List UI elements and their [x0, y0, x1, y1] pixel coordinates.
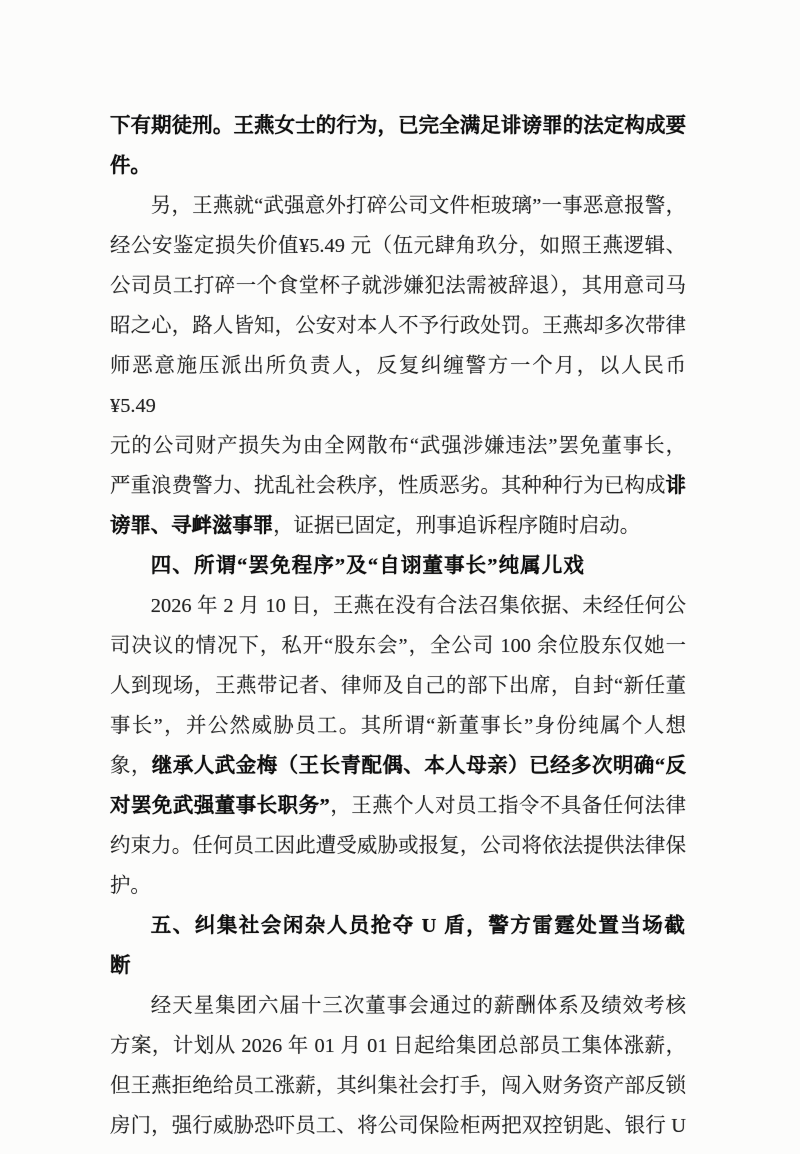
text-line: 房门，强行威胁恐吓员工、将公司保险柜两把双控钥匙、银行 U: [110, 1106, 686, 1146]
text-line: 事长”，并公然威胁员工。其所谓“新董事长”身份纯属个人想: [110, 706, 686, 746]
text-line: 护。: [110, 866, 686, 906]
text-line: 约束力。任何员工因此遭受威胁或报复，公司将依法提供法律保: [110, 826, 686, 866]
bold-text-segment: 件。: [110, 155, 151, 177]
bold-text-segment: 五、纠集社会闲杂人员抢夺 U 盾，警方雷霆处置当场截断: [110, 915, 686, 977]
text-line: 2026 年 2 月 10 日，王燕在没有合法召集依据、未经任何公: [110, 586, 686, 626]
text-line: 公司员工打碎一个食堂杯子就涉嫌犯法需被辞退），其用意司马: [110, 266, 686, 306]
text-line: 件。: [110, 146, 686, 186]
section-heading-line: 四、所谓“罢免程序”及“自诩董事长”纯属儿戏: [110, 546, 686, 586]
text-segment: 但王燕拒绝给员工涨薪，其纠集社会打手，闯入财务资产部反锁: [110, 1075, 686, 1097]
bold-text-segment: 下有期徒刑。王燕女士的行为，已完全满足诽谤罪的法定构成要: [110, 115, 686, 137]
text-segment: ，王燕个人对员工指令不具备任何法律: [330, 795, 686, 817]
text-line: 经天星集团六届十三次董事会通过的薪酬体系及绩效考核: [110, 986, 686, 1026]
text-segment: 护。: [110, 875, 151, 897]
text-line: 对罢免武强董事长职务”，王燕个人对员工指令不具备任何法律: [110, 786, 686, 826]
text-line: 经公安鉴定损失价值¥5.49 元（伍元肆角玖分，如照王燕逻辑、: [110, 226, 686, 266]
text-segment: 方案，计划从 2026 年 01 月 01 日起给集团总部员工集体涨薪，: [110, 1035, 686, 1057]
text-segment: 公司员工打碎一个食堂杯子就涉嫌犯法需被辞退），其用意司马: [110, 275, 686, 297]
bold-text-segment: 继承人武金梅（王长青配偶、本人母亲）已经多次明确“反: [152, 755, 686, 777]
text-segment: ，证据已固定，刑事追诉程序随时启动。: [273, 515, 640, 537]
text-segment: 昭之心，路人皆知，公安对本人不予行政处罚。王燕却多次带律: [110, 315, 686, 337]
text-segment: 房门，强行威胁恐吓员工、将公司保险柜两把双控钥匙、银行 U: [110, 1115, 686, 1137]
text-line: 但王燕拒绝给员工涨薪，其纠集社会打手，闯入财务资产部反锁: [110, 1066, 686, 1106]
text-segment: 约束力。任何员工因此遭受威胁或报复，公司将依法提供法律保: [110, 835, 686, 857]
bold-text-segment: 对罢免武强董事长职务”: [110, 795, 330, 817]
text-segment: 象，: [110, 755, 152, 777]
text-line: 方案，计划从 2026 年 01 月 01 日起给集团总部员工集体涨薪，: [110, 1026, 686, 1066]
text-segment: 司决议的情况下，私开“股东会”，全公司 100 余位股东仅她一: [110, 635, 686, 657]
text-line: 象，继承人武金梅（王长青配偶、本人母亲）已经多次明确“反: [110, 746, 686, 786]
text-line: 元的公司财产损失为由全网散布“武强涉嫌违法”罢免董事长，: [110, 426, 686, 466]
text-segment: 事长”，并公然威胁员工。其所谓“新董事长”身份纯属个人想: [110, 715, 686, 737]
bold-text-segment: 四、所谓“罢免程序”及“自诩董事长”纯属儿戏: [151, 555, 585, 577]
text-line: 严重浪费警力、扰乱社会秩序，性质恶劣。其种种行为已构成诽: [110, 466, 686, 506]
text-line: 下有期徒刑。王燕女士的行为，已完全满足诽谤罪的法定构成要: [110, 106, 686, 146]
text-line: 另，王燕就“武强意外打碎公司文件柜玻璃”一事恶意报警，: [110, 186, 686, 226]
text-line: 人到现场，王燕带记者、律师及自己的部下出席，自封“新任董: [110, 666, 686, 706]
text-line: 师恶意施压派出所负责人，反复纠缠警方一个月，以人民币¥5.49: [110, 346, 686, 426]
text-segment: 师恶意施压派出所负责人，反复纠缠警方一个月，以人民币¥5.49: [110, 355, 686, 417]
text-segment: 经公安鉴定损失价值¥5.49 元（伍元肆角玖分，如照王燕逻辑、: [110, 235, 686, 257]
section-heading-line: 五、纠集社会闲杂人员抢夺 U 盾，警方雷霆处置当场截断: [110, 906, 686, 986]
text-segment: 另，王燕就“武强意外打碎公司文件柜玻璃”一事恶意报警，: [151, 195, 686, 217]
scanned-document-page: 下有期徒刑。王燕女士的行为，已完全满足诽谤罪的法定构成要件。另，王燕就“武强意外…: [0, 0, 800, 1154]
bold-text-segment: 谤罪、寻衅滋事罪: [110, 515, 273, 537]
text-segment: 严重浪费警力、扰乱社会秩序，性质恶劣。其种种行为已构成: [110, 475, 666, 497]
text-segment: 经天星集团六届十三次董事会通过的薪酬体系及绩效考核: [151, 995, 686, 1017]
text-segment: 2026 年 2 月 10 日，王燕在没有合法召集依据、未经任何公: [151, 595, 686, 617]
text-segment: 人到现场，王燕带记者、律师及自己的部下出席，自封“新任董: [110, 675, 686, 697]
text-line: 昭之心，路人皆知，公安对本人不予行政处罚。王燕却多次带律: [110, 306, 686, 346]
text-line: 谤罪、寻衅滋事罪，证据已固定，刑事追诉程序随时启动。: [110, 506, 686, 546]
text-segment: 元的公司财产损失为由全网散布“武强涉嫌违法”罢免董事长，: [110, 435, 686, 457]
document-body: 下有期徒刑。王燕女士的行为，已完全满足诽谤罪的法定构成要件。另，王燕就“武强意外…: [110, 106, 686, 1146]
text-line: 司决议的情况下，私开“股东会”，全公司 100 余位股东仅她一: [110, 626, 686, 666]
bold-text-segment: 诽: [666, 475, 686, 497]
